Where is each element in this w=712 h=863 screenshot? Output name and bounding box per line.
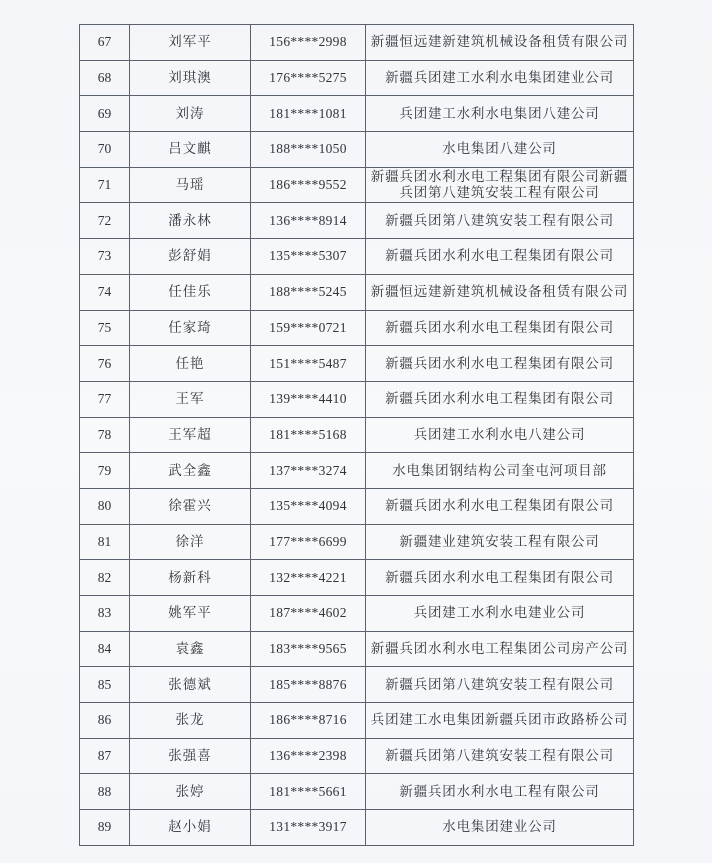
table-row: 82 杨新科 132****4221 新疆兵团水利水电工程集团有限公司 (80, 560, 634, 596)
table-row: 69 刘涛 181****1081 兵团建工水利水电集团八建公司 (80, 96, 634, 132)
person-name: 姚军平 (130, 596, 251, 632)
company-name: 新疆兵团水利水电工程集团有限公司 (366, 381, 634, 417)
table-row: 85 张德斌 185****8876 新疆兵团第八建筑安装工程有限公司 (80, 667, 634, 703)
phone-number: 137****3274 (251, 453, 366, 489)
person-name: 武全鑫 (130, 453, 251, 489)
person-name: 杨新科 (130, 560, 251, 596)
phone-number: 181****1081 (251, 96, 366, 132)
row-number: 88 (80, 774, 130, 810)
row-number: 86 (80, 703, 130, 739)
phone-number: 177****6699 (251, 524, 366, 560)
person-name: 王军超 (130, 417, 251, 453)
row-number: 77 (80, 381, 130, 417)
row-number: 82 (80, 560, 130, 596)
company-name: 水电集团建业公司 (366, 810, 634, 846)
company-name: 水电集团钢结构公司奎屯河项目部 (366, 453, 634, 489)
row-number: 89 (80, 810, 130, 846)
person-name: 张强喜 (130, 738, 251, 774)
table-row: 77 王军 139****4410 新疆兵团水利水电工程集团有限公司 (80, 381, 634, 417)
phone-number: 186****8716 (251, 703, 366, 739)
personnel-table: 67 刘军平 156****2998 新疆恒远建新建筑机械设备租赁有限公司 68… (79, 24, 634, 846)
phone-number: 176****5275 (251, 60, 366, 96)
person-name: 徐霍兴 (130, 488, 251, 524)
person-name: 彭舒娟 (130, 239, 251, 275)
table-row: 81 徐洋 177****6699 新疆建业建筑安装工程有限公司 (80, 524, 634, 560)
company-name: 水电集团八建公司 (366, 132, 634, 168)
company-name: 新疆建业建筑安装工程有限公司 (366, 524, 634, 560)
row-number: 70 (80, 132, 130, 168)
person-name: 袁鑫 (130, 631, 251, 667)
person-name: 张婷 (130, 774, 251, 810)
phone-number: 183****9565 (251, 631, 366, 667)
person-name: 王军 (130, 381, 251, 417)
table-row: 74 任佳乐 188****5245 新疆恒远建新建筑机械设备租赁有限公司 (80, 274, 634, 310)
row-number: 76 (80, 346, 130, 382)
table-row: 86 张龙 186****8716 兵团建工水电集团新疆兵团市政路桥公司 (80, 703, 634, 739)
row-number: 81 (80, 524, 130, 560)
phone-number: 132****4221 (251, 560, 366, 596)
phone-number: 131****3917 (251, 810, 366, 846)
phone-number: 187****4602 (251, 596, 366, 632)
table-row: 72 潘永林 136****8914 新疆兵团第八建筑安装工程有限公司 (80, 203, 634, 239)
person-name: 刘涛 (130, 96, 251, 132)
company-name: 兵团建工水电集团新疆兵团市政路桥公司 (366, 703, 634, 739)
row-number: 71 (80, 167, 130, 203)
row-number: 73 (80, 239, 130, 275)
phone-number: 139****4410 (251, 381, 366, 417)
phone-number: 159****0721 (251, 310, 366, 346)
company-name: 兵团建工水利水电八建公司 (366, 417, 634, 453)
person-name: 徐洋 (130, 524, 251, 560)
phone-number: 136****8914 (251, 203, 366, 239)
company-name: 新疆兵团建工水利水电集团建业公司 (366, 60, 634, 96)
phone-number: 136****2398 (251, 738, 366, 774)
table-row: 70 吕文麒 188****1050 水电集团八建公司 (80, 132, 634, 168)
company-name: 新疆兵团第八建筑安装工程有限公司 (366, 738, 634, 774)
phone-number: 185****8876 (251, 667, 366, 703)
phone-number: 151****5487 (251, 346, 366, 382)
company-name: 新疆恒远建新建筑机械设备租赁有限公司 (366, 25, 634, 61)
row-number: 83 (80, 596, 130, 632)
phone-number: 156****2998 (251, 25, 366, 61)
table-row: 80 徐霍兴 135****4094 新疆兵团水利水电工程集团有限公司 (80, 488, 634, 524)
phone-number: 135****5307 (251, 239, 366, 275)
company-name: 新疆兵团水利水电工程有限公司 (366, 774, 634, 810)
table-row: 68 刘琪澳 176****5275 新疆兵团建工水利水电集团建业公司 (80, 60, 634, 96)
table-row: 73 彭舒娟 135****5307 新疆兵团水利水电工程集团有限公司 (80, 239, 634, 275)
person-name: 张德斌 (130, 667, 251, 703)
row-number: 87 (80, 738, 130, 774)
company-name: 新疆兵团第八建筑安装工程有限公司 (366, 667, 634, 703)
phone-number: 186****9552 (251, 167, 366, 203)
phone-number: 135****4094 (251, 488, 366, 524)
table-row: 88 张婷 181****5661 新疆兵团水利水电工程有限公司 (80, 774, 634, 810)
person-name: 任艳 (130, 346, 251, 382)
table-row: 78 王军超 181****5168 兵团建工水利水电八建公司 (80, 417, 634, 453)
company-name: 新疆兵团第八建筑安装工程有限公司 (366, 203, 634, 239)
row-number: 80 (80, 488, 130, 524)
person-name: 赵小娟 (130, 810, 251, 846)
table-row: 76 任艳 151****5487 新疆兵团水利水电工程集团有限公司 (80, 346, 634, 382)
person-name: 潘永林 (130, 203, 251, 239)
person-name: 吕文麒 (130, 132, 251, 168)
table-row: 89 赵小娟 131****3917 水电集团建业公司 (80, 810, 634, 846)
company-name: 新疆兵团水利水电工程集团公司房产公司 (366, 631, 634, 667)
row-number: 72 (80, 203, 130, 239)
company-name: 兵团建工水利水电建业公司 (366, 596, 634, 632)
company-name: 新疆兵团水利水电工程集团有限公司 (366, 310, 634, 346)
phone-number: 181****5661 (251, 774, 366, 810)
phone-number: 188****1050 (251, 132, 366, 168)
person-name: 任佳乐 (130, 274, 251, 310)
row-number: 85 (80, 667, 130, 703)
table-row: 84 袁鑫 183****9565 新疆兵团水利水电工程集团公司房产公司 (80, 631, 634, 667)
table-row: 75 任家琦 159****0721 新疆兵团水利水电工程集团有限公司 (80, 310, 634, 346)
row-number: 69 (80, 96, 130, 132)
person-name: 马瑶 (130, 167, 251, 203)
company-name: 新疆兵团水利水电工程集团有限公司 (366, 346, 634, 382)
table-row: 83 姚军平 187****4602 兵团建工水利水电建业公司 (80, 596, 634, 632)
phone-number: 181****5168 (251, 417, 366, 453)
company-name: 新疆兵团水利水电工程集团有限公司新疆兵团第八建筑安装工程有限公司 (366, 167, 634, 203)
scanned-document-page: 67 刘军平 156****2998 新疆恒远建新建筑机械设备租赁有限公司 68… (0, 0, 712, 863)
company-name: 新疆兵团水利水电工程集团有限公司 (366, 239, 634, 275)
table-row: 67 刘军平 156****2998 新疆恒远建新建筑机械设备租赁有限公司 (80, 25, 634, 61)
person-name: 任家琦 (130, 310, 251, 346)
table-row: 87 张强喜 136****2398 新疆兵团第八建筑安装工程有限公司 (80, 738, 634, 774)
table-row: 79 武全鑫 137****3274 水电集团钢结构公司奎屯河项目部 (80, 453, 634, 489)
row-number: 75 (80, 310, 130, 346)
row-number: 84 (80, 631, 130, 667)
row-number: 74 (80, 274, 130, 310)
table-row: 71 马瑶 186****9552 新疆兵团水利水电工程集团有限公司新疆兵团第八… (80, 167, 634, 203)
company-name: 新疆恒远建新建筑机械设备租赁有限公司 (366, 274, 634, 310)
phone-number: 188****5245 (251, 274, 366, 310)
company-name: 兵团建工水利水电集团八建公司 (366, 96, 634, 132)
person-name: 张龙 (130, 703, 251, 739)
person-name: 刘军平 (130, 25, 251, 61)
row-number: 78 (80, 417, 130, 453)
company-name: 新疆兵团水利水电工程集团有限公司 (366, 488, 634, 524)
row-number: 79 (80, 453, 130, 489)
person-name: 刘琪澳 (130, 60, 251, 96)
row-number: 68 (80, 60, 130, 96)
row-number: 67 (80, 25, 130, 61)
company-name: 新疆兵团水利水电工程集团有限公司 (366, 560, 634, 596)
